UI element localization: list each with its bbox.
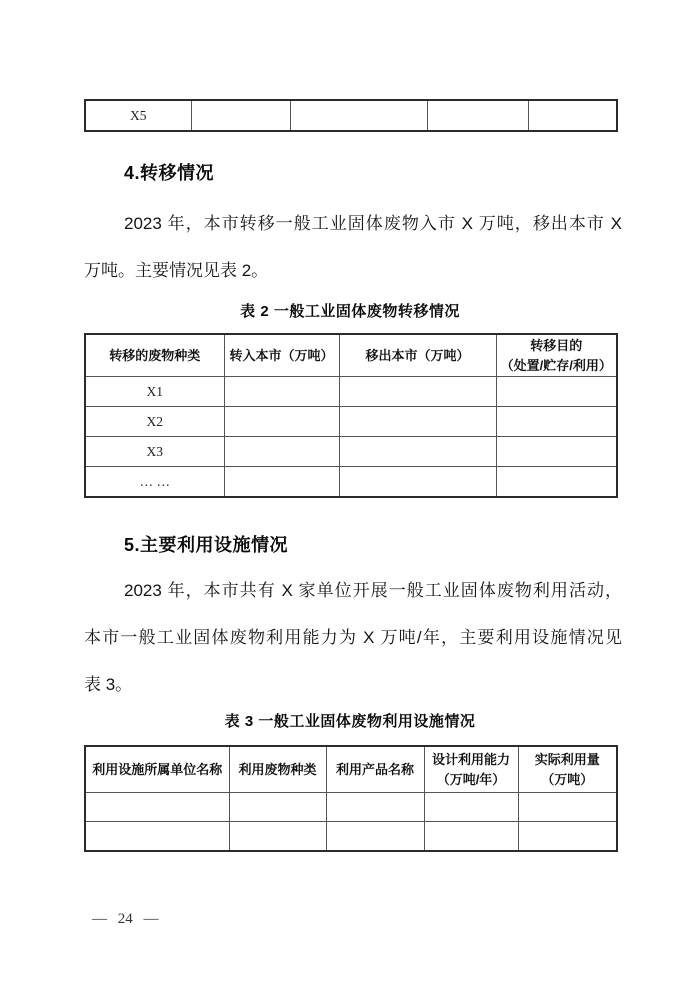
table-cell [229, 822, 326, 852]
table-row: X2 [85, 407, 617, 437]
paragraph-line: 2023 年，本市共有 X 家单位开展一般工业固体废物利用活动， [84, 567, 622, 614]
table-cell [85, 793, 229, 822]
table-row: X1 [85, 377, 617, 407]
table-header-cell: 利用废物种类 [229, 746, 326, 793]
table-cell [528, 100, 617, 131]
table-cell [85, 822, 229, 852]
table-header-cell: 实际利用量 （万吨） [518, 746, 617, 793]
table-header-cell: 利用设施所属单位名称 [85, 746, 229, 793]
table-cell: X2 [85, 407, 224, 437]
table-cell: X1 [85, 377, 224, 407]
table-row: … … [85, 467, 617, 498]
table-cell [191, 100, 290, 131]
table2-header-row: 转移的废物种类 转入本市（万吨） 移出本市（万吨） 转移目的 （处置/贮存/利用… [85, 334, 617, 377]
table-cell [518, 793, 617, 822]
paragraph-line: 2023 年，本市转移一般工业固体废物入市 X 万吨，移出本市 X [84, 200, 622, 247]
table-header-cell: 移出本市（万吨） [339, 334, 496, 377]
table-cell [229, 793, 326, 822]
table-header-cell: 设计利用能力 （万吨/年） [424, 746, 518, 793]
table-cell [427, 100, 528, 131]
table-row: X3 [85, 437, 617, 467]
table-cell: … … [85, 467, 224, 498]
table-cell: X3 [85, 437, 224, 467]
table-cell [496, 467, 617, 498]
table-header-cell: 转移目的 （处置/贮存/利用） [496, 334, 617, 377]
table-cell [424, 793, 518, 822]
table-cell [424, 822, 518, 852]
table3: 利用设施所属单位名称 利用废物种类 利用产品名称 设计利用能力 （万吨/年） 实… [84, 745, 618, 852]
table-cell [339, 437, 496, 467]
table-cell [339, 467, 496, 498]
section5-paragraph: 2023 年，本市共有 X 家单位开展一般工业固体废物利用活动， 本市一般工业固… [84, 567, 622, 708]
table-cell [326, 822, 424, 852]
table-cell [496, 437, 617, 467]
table-cell [224, 377, 339, 407]
table-cell [339, 377, 496, 407]
table-header-cell: 利用产品名称 [326, 746, 424, 793]
table3-title: 表 3 一般工业固体废物利用设施情况 [0, 712, 700, 732]
document-page: X5 4.转移情况 2023 年，本市转移一般工业固体废物入市 X 万吨，移出本… [0, 0, 700, 990]
table1-continuation: X5 [84, 99, 618, 132]
section4-heading: 4.转移情况 [124, 161, 214, 185]
table-cell [339, 407, 496, 437]
table3-header-row: 利用设施所属单位名称 利用废物种类 利用产品名称 设计利用能力 （万吨/年） 实… [85, 746, 617, 793]
table-cell [496, 377, 617, 407]
table-header-cell: 转移的废物种类 [85, 334, 224, 377]
table-cell [326, 793, 424, 822]
table-cell: X5 [85, 100, 191, 131]
table-row: X5 [85, 100, 617, 131]
section4-paragraph: 2023 年，本市转移一般工业固体废物入市 X 万吨，移出本市 X 万吨。主要情… [84, 200, 622, 294]
page-number: — 24 — [92, 911, 159, 928]
table-cell [496, 407, 617, 437]
table2: 转移的废物种类 转入本市（万吨） 移出本市（万吨） 转移目的 （处置/贮存/利用… [84, 333, 618, 498]
section5-heading: 5.主要利用设施情况 [124, 533, 288, 557]
paragraph-line: 本市一般工业固体废物利用能力为 X 万吨/年，主要利用设施情况见 [84, 614, 622, 661]
paragraph-line: 表 3。 [84, 661, 622, 708]
table-cell [224, 437, 339, 467]
table-cell [224, 407, 339, 437]
table-cell [290, 100, 427, 131]
paragraph-line: 万吨。主要情况见表 2。 [84, 247, 622, 294]
table2-title: 表 2 一般工业固体废物转移情况 [0, 302, 700, 322]
table-cell [518, 822, 617, 852]
table-row [85, 822, 617, 852]
table-header-cell: 转入本市（万吨） [224, 334, 339, 377]
table-row [85, 793, 617, 822]
table-cell [224, 467, 339, 498]
